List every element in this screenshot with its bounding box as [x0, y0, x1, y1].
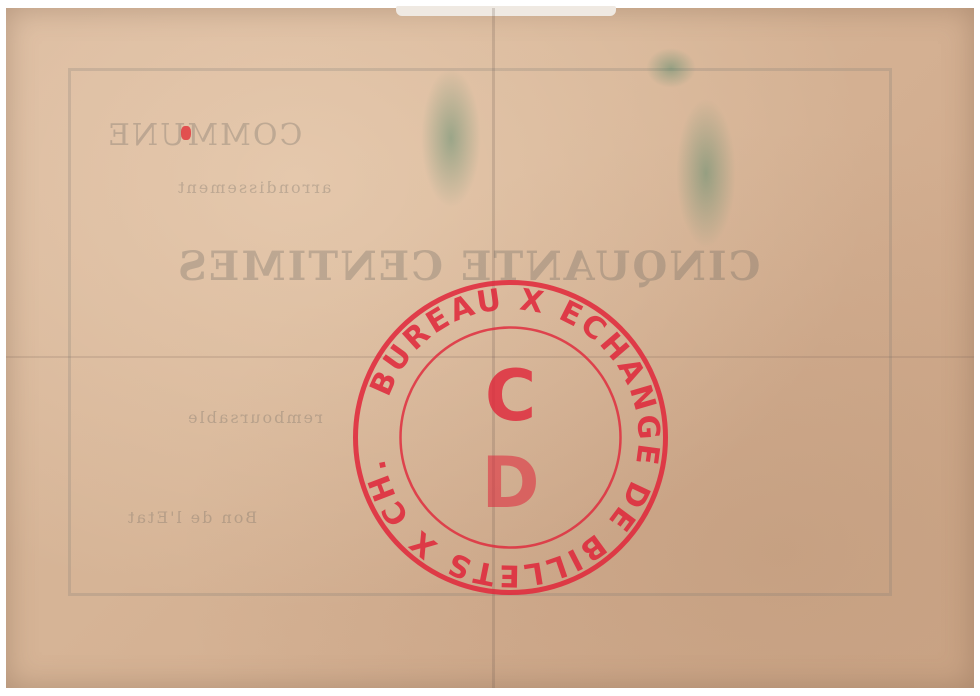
- red-ink-spot: [181, 126, 191, 140]
- green-ink-stain: [421, 68, 481, 208]
- green-ink-stain: [646, 48, 696, 88]
- stamp-center-bottom: D: [481, 442, 539, 524]
- show-through-text: Bon de l'Etat: [126, 508, 257, 527]
- show-through-text: COMMUNE: [106, 118, 302, 153]
- show-through-text: arrondissement: [176, 178, 331, 197]
- stamp-center-top: C: [485, 355, 536, 437]
- red-circular-stamp: BUREAU X ECHANGE DE BILLETS X CH. 54 C D: [348, 275, 673, 600]
- green-ink-stain: [676, 98, 736, 248]
- paper-tear: [396, 6, 616, 16]
- show-through-text: remboursable: [186, 408, 323, 427]
